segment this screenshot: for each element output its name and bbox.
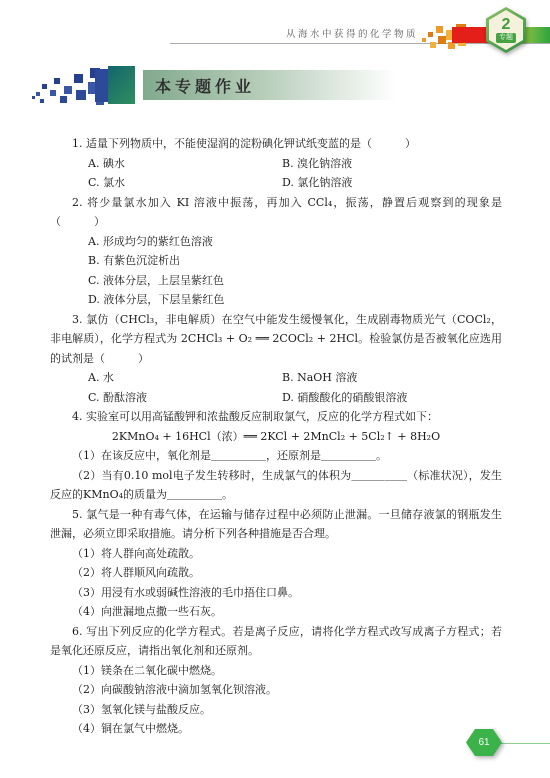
pixel-square — [436, 26, 443, 33]
question-sub-item: （1）将人群向高处疏散。 — [72, 544, 502, 564]
questions: 1. 适量下列物质中，不能使湿润的淀粉碘化钾试纸变蓝的是（ ）A. 碘水B. 溴… — [50, 134, 502, 739]
unit-label: 专题 — [496, 33, 516, 43]
option-item: D. 硝酸酸化的硝酸银溶液 — [282, 388, 502, 408]
pixel-square — [32, 96, 35, 99]
option-item: C. 酚酞溶液 — [88, 388, 282, 408]
pixel-square — [40, 99, 44, 103]
question-sub-item: （1）镁条在二氧化碳中燃烧。 — [72, 661, 502, 681]
question-paragraph: 3. 氯仿（CHCl₃，非电解质）在空气中能发生缓慢氧化，生成剧毒物质光气（CO… — [50, 310, 502, 369]
option-item: C. 氯水 — [88, 173, 282, 193]
pixel-square — [50, 90, 56, 96]
blue-square-block — [95, 69, 108, 102]
section-banner: 本专题作业 — [143, 70, 410, 100]
pixel-square — [428, 32, 433, 37]
unit-number: 2 — [502, 17, 511, 32]
page-number: 61 — [466, 729, 502, 756]
options-grid: A. 水B. NaOH 溶液C. 酚酞溶液D. 硝酸酸化的硝酸银溶液 — [88, 368, 502, 407]
pixel-square — [36, 92, 40, 96]
pixel-square — [42, 84, 47, 89]
question-sub-item: （3）用浸有水或弱碱性溶液的毛巾捂住口鼻。 — [72, 583, 502, 603]
question-paragraph: 6. 写出下列反应的化学方程式。若是离子反应，请将化学方程式改写成离子方程式；若… — [50, 622, 502, 661]
teal-square-block — [108, 66, 135, 104]
options-grid: A. 碘水B. 溴化钠溶液C. 氯水D. 氯化钠溶液 — [88, 154, 502, 193]
pixel-square — [422, 38, 426, 42]
pixel-square — [448, 42, 455, 49]
question-paragraph: 5. 氯气是一种有毒气体，在运输与储存过程中必须防止泄漏。一旦储存液氯的钢瓶发生… — [50, 505, 502, 544]
pixel-square — [60, 96, 67, 103]
option-item: A. 水 — [88, 368, 282, 388]
pixel-square — [438, 36, 446, 44]
pixel-square — [54, 78, 60, 84]
chemical-equation: 2KMnO₄ + 16HCl（浓）══ 2KCl + 2MnCl₂ + 5Cl₂… — [50, 427, 502, 447]
question-paragraph: 1. 适量下列物质中，不能使湿润的淀粉碘化钾试纸变蓝的是（ ） — [50, 134, 502, 154]
option-item: B. 溴化钠溶液 — [282, 154, 502, 174]
pixel-square — [74, 74, 83, 83]
option-item: A. 碘水 — [88, 154, 282, 174]
question-sub-item: （4）铜在氯气中燃烧。 — [72, 719, 502, 739]
question-sub-item: （2）将人群顺风向疏散。 — [72, 563, 502, 583]
option-item: B. NaOH 溶液 — [282, 368, 502, 388]
pixel-square — [76, 90, 86, 100]
page-number-hexagon: 61 — [466, 729, 502, 756]
options-list: A. 形成均匀的紫红色溶液B. 有紫色沉淀析出C. 液体分层，上层呈紫红色D. … — [50, 232, 502, 310]
pixel-square — [430, 42, 436, 48]
option-item: D. 氯化钠溶液 — [282, 173, 502, 193]
question-sub-item: （3）氢氧化镁与盐酸反应。 — [72, 700, 502, 720]
question-sub-item: （4）向泄漏地点撒一些石灰。 — [72, 602, 502, 622]
option-item: C. 液体分层，上层呈紫红色 — [88, 271, 502, 291]
unit-badge: 2 专题 — [486, 7, 526, 53]
option-item: D. 液体分层，下层呈紫红色 — [88, 290, 502, 310]
question-paragraph: 2. 将少量氯水加入 KI 溶液中振荡，再加入 CCl₄，振荡，静置后观察到的现… — [50, 193, 502, 232]
question-sub-item: （2）向碳酸钠溶液中滴加氢氧化钡溶液。 — [72, 680, 502, 700]
question-paragraph: （2）当有0.10 mol电子发生转移时，生成氯气的体积为＿＿＿＿＿（标准状况）… — [50, 466, 502, 505]
question-paragraph: 4. 实验室可以用高锰酸钾和浓盐酸反应制取氯气，反应的化学方程式如下： — [50, 407, 502, 427]
chapter-title: 从海水中获得的化学物质 — [286, 26, 418, 40]
question-paragraph: （1）在该反应中，氧化剂是＿＿＿＿＿，还原剂是＿＿＿＿＿。 — [50, 446, 502, 466]
option-item: B. 有紫色沉淀析出 — [88, 251, 502, 271]
option-item: A. 形成均匀的紫红色溶液 — [88, 232, 502, 252]
section-title: 本专题作业 — [143, 74, 255, 97]
pixel-square — [64, 86, 72, 94]
